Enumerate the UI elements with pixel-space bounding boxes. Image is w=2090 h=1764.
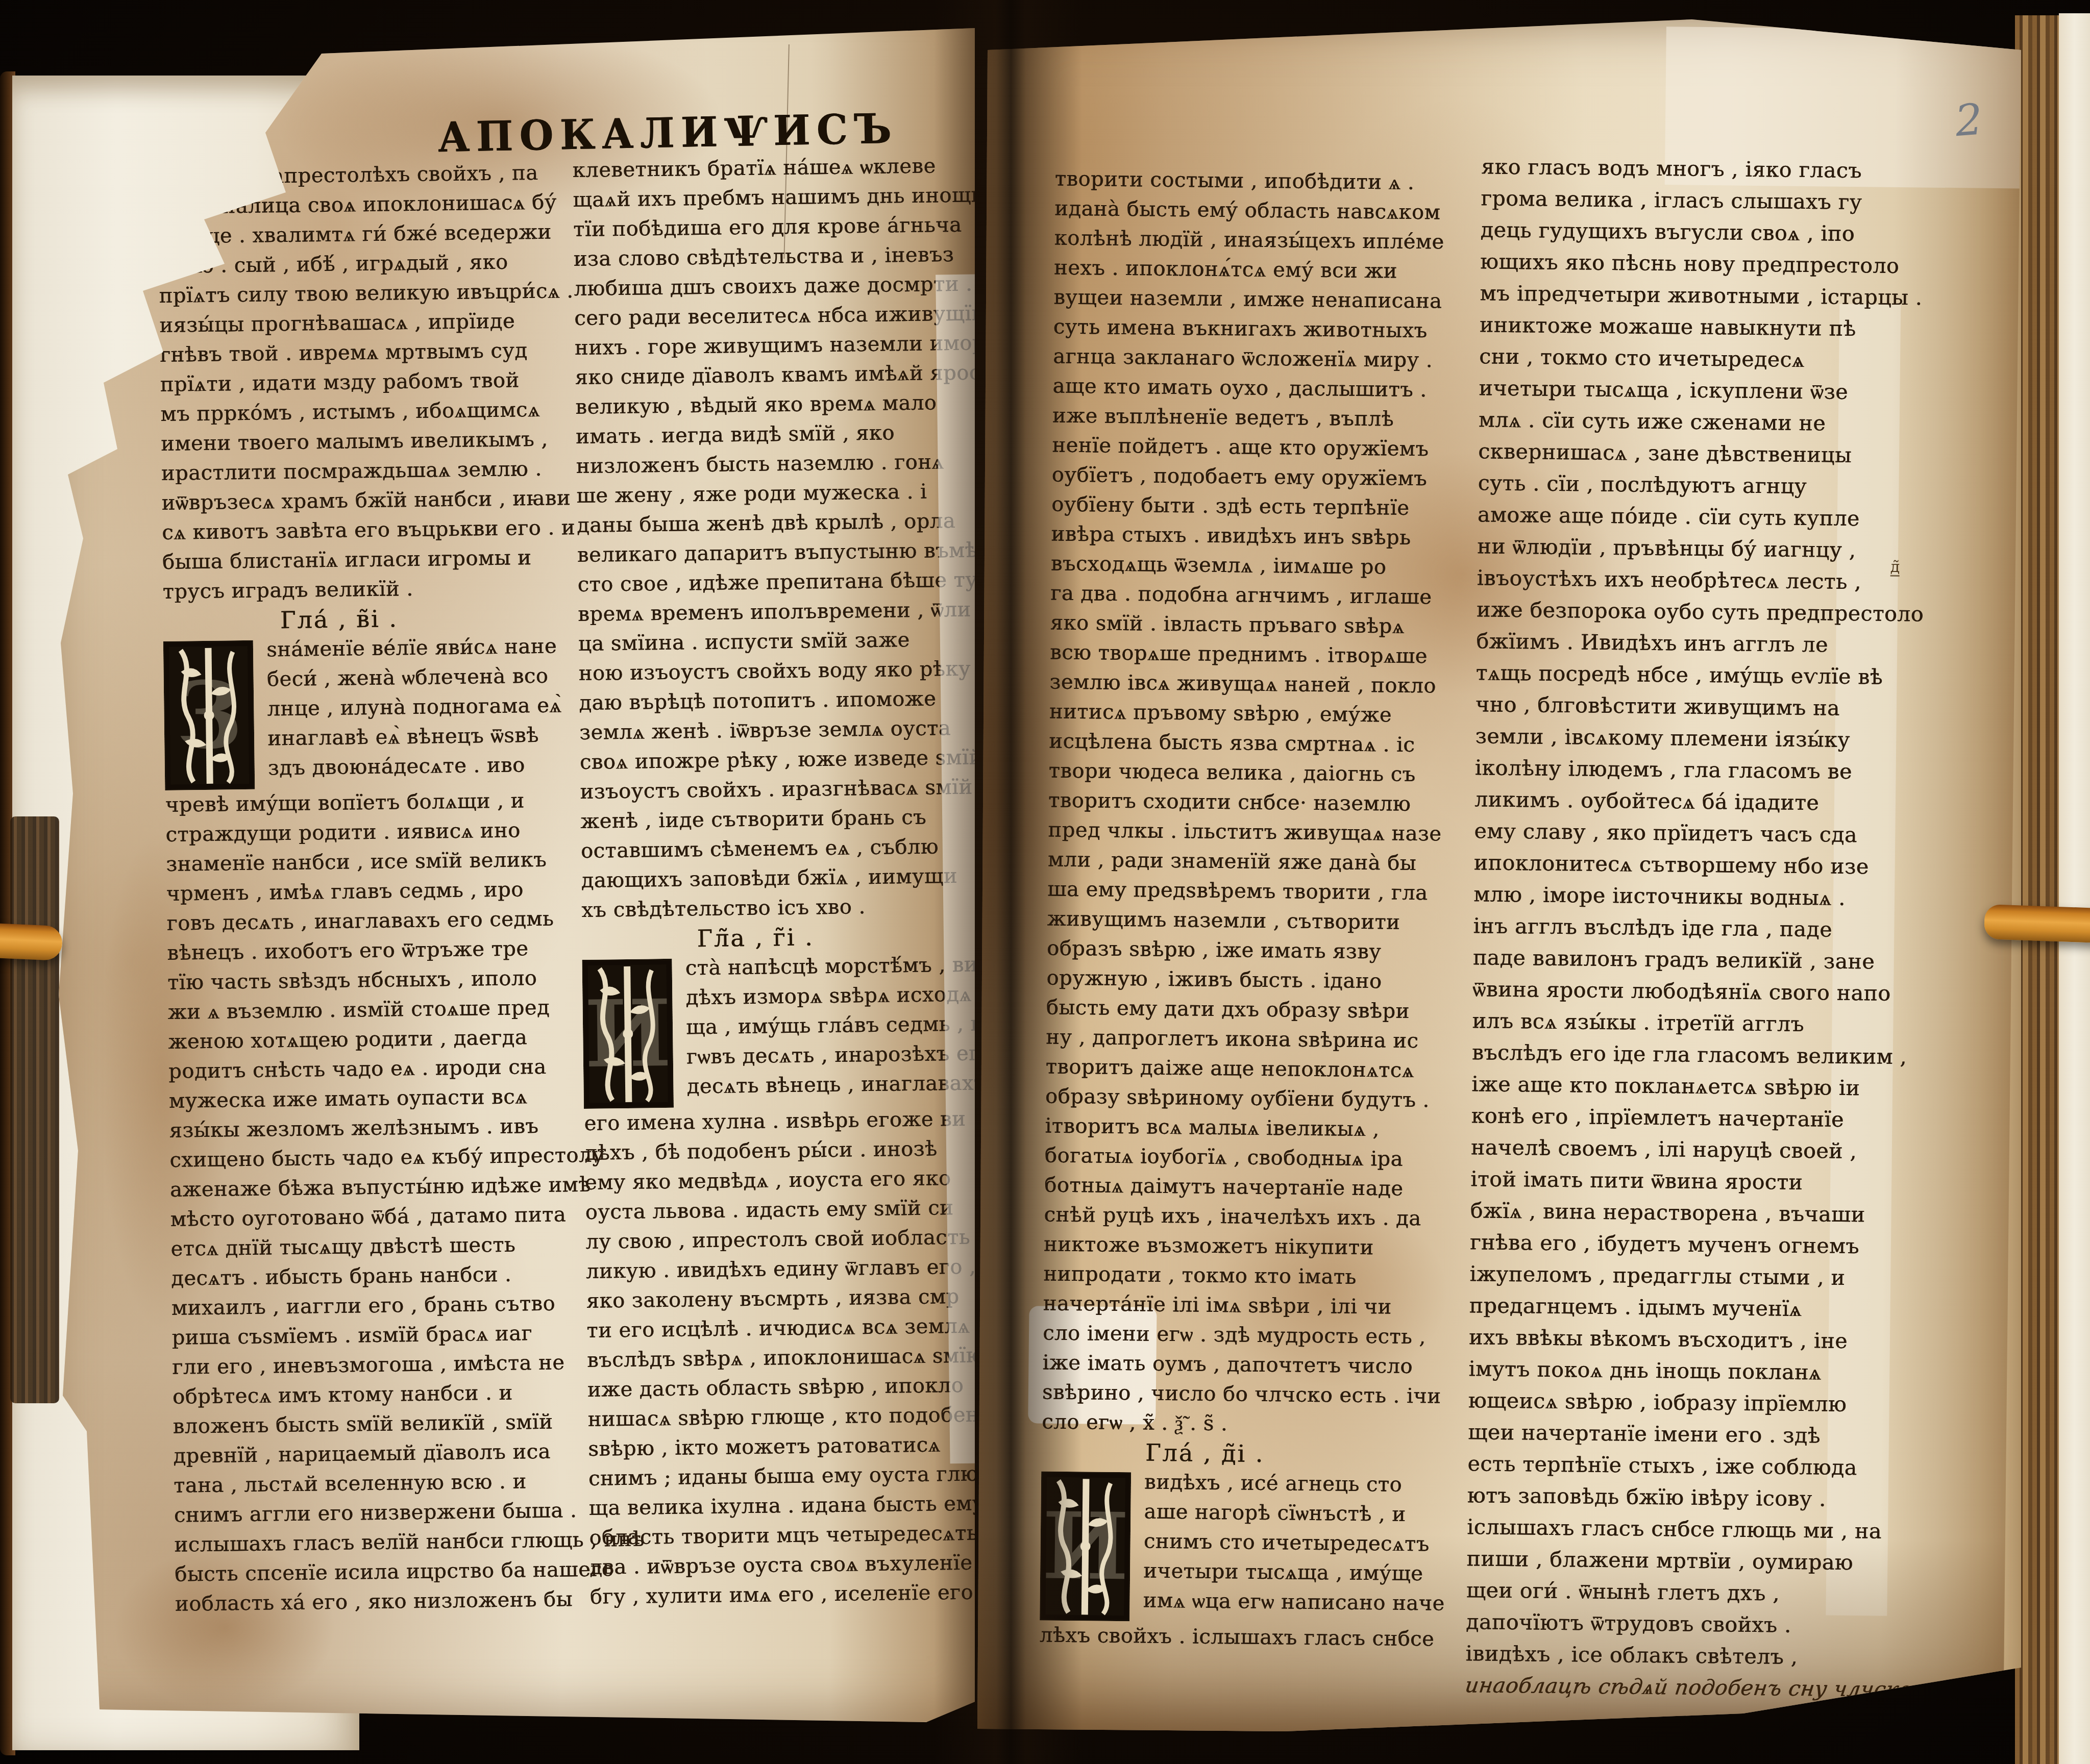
text-line: изъоустъ свойхъ . иразгнѣвасѧ ѕмїй о xyxy=(580,772,989,807)
chapter-heading: Гла́ , д̃і . xyxy=(1041,1436,1430,1470)
text-line: ликимъ . оубойтесѧ ба́ ідадите xyxy=(1474,783,1899,819)
manuscript-photo: АПОКАЛИѰИСЪ сѣдѧщаѧ напрестолѣхъ свойхъ … xyxy=(0,0,2090,1764)
text-line: иязы́цы прогнѣвашасѧ , ипрїиде xyxy=(159,306,573,340)
ornate-initial-icon: И xyxy=(582,959,674,1109)
text-line: исцѣлена бысть язва смртнаѧ . іс xyxy=(1049,727,1437,760)
text-line: гѡвъ десѧть , инарозѣхъ его xyxy=(686,1038,1011,1072)
text-line: идана̀ бысть ему́ область навсѧком xyxy=(1054,194,1443,228)
text-line: въслѣдъ его іде гла гласомъ великим , xyxy=(1472,1036,1896,1073)
text-line: ирастлити посмраждьшаѧ землю . xyxy=(161,454,575,488)
text-line: паде вавилонъ градъ великїй , зане xyxy=(1472,941,1897,978)
text-line: родитъ снѣсть чадо еѧ . ироди сна xyxy=(168,1052,582,1086)
text-line: быша блистанїѧ игласи игромы и xyxy=(162,542,576,577)
text-line: іслышахъ гласъ снбсе глющь ми , на xyxy=(1467,1511,1891,1547)
text-line: ислышахъ гласъ велїй нанбси глющь , ннѣ xyxy=(174,1525,588,1560)
text-line: мужеска иже имать оупасти всѧ xyxy=(168,1081,582,1116)
text-line: въслѣдъ ѕвѣрѧ , ипоклонишасѧ ѕмїю , xyxy=(587,1340,996,1375)
text-line: ша ему предѕвѣремъ творити , гла xyxy=(1047,875,1436,908)
text-line: прїѧти , идати мзду рабомъ твой xyxy=(160,365,574,400)
chapter-heading: Гла́ , в̃і . xyxy=(163,602,577,636)
text-line: ему яко медвѣдѧ , иоуста его яко xyxy=(584,1163,993,1198)
text-line: дѣхъ изморѧ ѕвѣрѧ исходѧ xyxy=(685,979,1010,1013)
text-line: щеи начертанїе імени его . здѣ xyxy=(1468,1416,1892,1452)
text-line: его имена хулна . иѕвѣрь егоже ви xyxy=(584,1104,993,1138)
text-line: ти его исцѣлѣ . ичюдисѧ всѧ землѧ xyxy=(586,1311,995,1346)
text-line: яко заколену въсмрть , иязва смр xyxy=(586,1281,995,1316)
text-line: мѣсто оуготовано ѿба́ , датамо пита xyxy=(170,1200,584,1234)
text-line: чревѣ иму́щи вопїетъ болѧщи , и xyxy=(165,785,579,820)
text-line: иза слово свѣдѣтельства и , іневъз xyxy=(573,239,982,274)
initial-letter: И xyxy=(582,959,674,1109)
text-line: дапочїютъ ѿтрудовъ свойхъ . xyxy=(1466,1606,1890,1642)
text-line: мъ пррко́мъ , истымъ , ибоѧщимсѧ xyxy=(160,394,574,429)
text-line: іже аще кто покланѧетсѧ ѕвѣрю іи xyxy=(1471,1068,1896,1104)
text-line: нихъ . горе живущимъ наземли иморю , xyxy=(574,328,983,363)
text-line: нипродати , токмо кто імать xyxy=(1043,1259,1432,1293)
text-line: ивѣра стыхъ . ивидѣхъ инъ ѕвѣрь xyxy=(1051,519,1439,553)
text-line: ющихъ яко пѣснь нову предпрестоло xyxy=(1480,245,1904,282)
chapter-opening-row: Ивидѣхъ , исе́ агнець стоаше нагорѣ сїѡн… xyxy=(1040,1466,1429,1624)
text-line: гнѣва его , ібудетъ мученъ огнемъ xyxy=(1470,1226,1894,1262)
fore-edge-paper-strip xyxy=(2059,13,2090,1764)
text-line: никтоже възможетъ нікупити xyxy=(1044,1229,1432,1263)
text-line: бысть спсенїе исила ицрство ба нашего xyxy=(175,1555,588,1589)
text-line: ипоклонитесѧ сътворшему нбо изе xyxy=(1473,847,1898,883)
initial-letter: И xyxy=(1040,1471,1131,1621)
text-line: схищено бысть чадо еѧ къбу́ ипрестолу xyxy=(169,1140,583,1175)
text-line: нехъ . ипоклонѧ́тсѧ ему́ вси жи xyxy=(1054,253,1442,287)
text-line: бжїѧ , вина нерастворена , въчаши xyxy=(1470,1195,1894,1231)
text-line: яко гласъ водъ многъ , іяко гласъ xyxy=(1481,151,1905,187)
chapter-heading: Гл̃а , г̃і . xyxy=(582,920,991,955)
text-line: мъ іпредчетыри животными , істарцы . xyxy=(1480,277,1904,313)
text-line: беси́ , жена̀ ѡблечена̀ всо xyxy=(266,661,577,694)
right-page-column-2: яко гласъ водъ многъ , іяко гласъгрома в… xyxy=(1465,151,1905,1705)
text-line: ему славу , яко прїидетъ часъ сда xyxy=(1474,815,1898,851)
initial-letter: З xyxy=(163,640,255,790)
text-line: всю творѧше преднимъ . ітворѧше xyxy=(1050,638,1438,672)
text-line: жи ѧ въземлю . иѕмїй стоѧше пред xyxy=(167,992,581,1027)
text-line: яко ѕмїй . івласть пръваго ѕвѣрѧ xyxy=(1050,608,1438,642)
text-line: лу свою , ипрестолъ свой иобласть ве xyxy=(585,1222,994,1257)
text-line: землю івсѧ живущаѧ наней , покло xyxy=(1049,667,1438,701)
text-line: иже въплѣненїе ведетъ , въплѣ xyxy=(1052,401,1441,435)
text-line: десѧтъ . ибысть брань нанбси . xyxy=(171,1259,585,1294)
ornate-initial-icon: И xyxy=(1040,1471,1131,1621)
text-line: тана , льстѧй вселенную всю . и xyxy=(174,1466,587,1501)
text-line: снимъ сто ичетыредесѧтъ xyxy=(1143,1527,1445,1559)
text-line: ітворитъ всѧ малыѧ івеликыѧ , xyxy=(1045,1111,1433,1145)
text-line: тѧщь посредѣ нбсе , иму́щь еѵлїе вѣ xyxy=(1476,657,1900,693)
text-line: творитъ даіже аще непоклонѧтсѧ xyxy=(1045,1052,1434,1086)
text-line: имени твоего малымъ ивеликымъ , xyxy=(161,424,575,459)
text-line: щаѧй ихъ пребмъ нашимъ днь инощь . xyxy=(573,180,981,215)
text-line: ща , иму́щь гла́въ седмь , иро xyxy=(686,1009,1011,1042)
page-number: 2 xyxy=(1953,94,1984,146)
text-line: десѧть вѣнець , инаглавахъ xyxy=(686,1068,1011,1102)
text-line: ющеисѧ ѕвѣрю , іобразу іпрїемлю xyxy=(1468,1384,1892,1421)
text-line: ѕвѣрино , число бо члчско есть . ічи xyxy=(1042,1377,1431,1411)
text-line: сни , токмо сто ичетыредесѧ xyxy=(1479,340,1903,377)
initial-indented-lines: ста̀ напѣсцѣ морстѣ́мъ , видѣхъ изморѧ ѕ… xyxy=(685,950,1011,1102)
text-line: оубїену быти . здѣ есть терпѣнїе xyxy=(1051,490,1440,524)
text-line: дець гудущихъ въгусли своѧ , іпо xyxy=(1480,214,1904,250)
text-line: ѕна́менїе ве́лїе яви́сѧ нане xyxy=(266,631,577,664)
text-line: грома велика , ігласъ слышахъ гу xyxy=(1481,182,1905,218)
text-line: імутъ покоѧ днь інощь покланѧ xyxy=(1468,1353,1892,1389)
text-line: аще кто имать оухо , даслышитъ . xyxy=(1052,371,1441,405)
text-line: два . иѿвръзе оуста своѧ въхуленїе к xyxy=(589,1548,998,1582)
text-line: оуста львова . идасть ему ѕмїй си xyxy=(585,1192,994,1227)
text-line: своѧ ипожре рѣку , юже изведе ѕмїй xyxy=(579,742,988,777)
text-line: млѧ . сїи суть иже сженами не xyxy=(1479,404,1903,440)
text-line: имать . иегда видѣ ѕмїй , яко xyxy=(576,417,985,452)
text-line: пиши , блажени мртвїи , оумираю xyxy=(1466,1543,1890,1579)
left-page-column-1: сѣдѧщаѧ напрестолѣхъ свойхъ , падоша нал… xyxy=(157,158,588,1619)
text-line: иобласть ха́ его , яко низложенъ бы xyxy=(175,1584,588,1619)
text-line: мли , ради знаменїй яже дана̀ бы xyxy=(1047,845,1436,879)
text-line: нишасѧ ѕвѣрю глюще , кто подобенъ xyxy=(587,1400,996,1434)
text-line: аше нагорѣ сїѡнъстѣ , и xyxy=(1144,1497,1446,1530)
text-line: чрменъ , имѣѧ главъ седмь , иро xyxy=(166,874,580,909)
text-line: чно , блговѣстити живущимъ на xyxy=(1476,688,1900,725)
text-line: млю , іморе іисточникы водныѧ . xyxy=(1473,878,1898,914)
text-line: образу ѕвѣриному оубїени будутъ . xyxy=(1045,1082,1434,1115)
text-line: ну , дапроглетъ икона ѕвѣрина ис xyxy=(1046,1023,1434,1056)
text-line: великую , вѣдый яко времѧ мало xyxy=(575,387,984,422)
text-line: глю́ще . хвалимтѧ ги́ бже́ вседержи xyxy=(158,217,572,252)
text-line: аможе аще по́иде . сїи суть купле xyxy=(1478,499,1902,535)
text-line: щеи оги́ . ѿнынѣ глетъ дхъ , xyxy=(1466,1574,1890,1610)
text-line: оубїетъ , подобаетъ ему оружїемъ xyxy=(1051,460,1440,494)
text-line: есть терпѣнїе стыхъ , іже соблюда xyxy=(1467,1448,1891,1484)
text-line: трусъ иградъ великїй . xyxy=(162,572,576,607)
text-line: ни ѿлюдїи , пръвѣнцы бу́ иагнцу , xyxy=(1477,530,1901,566)
text-line: здъ двоюна́десѧте . иво xyxy=(267,750,578,783)
text-line: страждущи родити . иявисѧ ино xyxy=(165,815,579,850)
text-line: ботныѧ даімутъ начертанїе наде xyxy=(1044,1170,1433,1204)
text-line: суть . сїи , послѣдуютъ агнцу xyxy=(1478,467,1902,503)
initial-indented-lines: видѣхъ , исе́ агнець стоаше нагорѣ сїѡнъ… xyxy=(1143,1468,1446,1619)
text-line: твори чюдеса велика , даіогнь съ xyxy=(1048,756,1437,790)
text-line: ихъ ввѣкы вѣкомъ въсходитъ , іне xyxy=(1469,1321,1893,1357)
text-line: клеветникъ братїѧ на́шеѧ ѡклеве xyxy=(572,151,981,185)
running-title: АПОКАЛИѰИСЪ xyxy=(437,107,755,161)
text-line: бысть ему дати дхъ образу ѕвѣри xyxy=(1046,993,1434,1027)
text-line: даю върѣцѣ потопитъ . ипоможе xyxy=(579,683,988,718)
text-line: ною изъоустъ свойхъ воду яко рѣку , xyxy=(578,654,987,688)
text-line: видѣхъ , исе́ агнець сто xyxy=(1144,1468,1446,1500)
text-line: гнѣвъ твой . ивремѧ мртвымъ суд xyxy=(160,335,574,370)
text-line: иниктоже можаше навыкнути пѣ xyxy=(1479,309,1903,345)
text-line: низложенъ бысть наземлю . гонѧ xyxy=(576,446,985,481)
text-line: суть имена въкнигахъ животныхъ xyxy=(1053,312,1441,346)
ornate-initial-icon: З xyxy=(163,640,255,790)
text-line: івидѣхъ , ісе облакъ свѣтелъ , xyxy=(1465,1637,1889,1674)
text-line: ща велика іхулна . идана бысть ему xyxy=(588,1488,997,1523)
text-line: нитисѧ пръвому ѕвѣрю , ему́же xyxy=(1049,697,1437,731)
text-line: етсѧ днїй тысѧщу двѣстѣ шесть xyxy=(170,1229,584,1264)
text-line: знаменїе нанбси , исе ѕмїй великъ xyxy=(166,844,580,879)
chapter-opening-row: Иста̀ напѣсцѣ морстѣ́мъ , видѣхъ изморѧ … xyxy=(582,950,992,1109)
left-page-column-2: клеветникъ братїѧ на́шеѧ ѡклевещаѧй ихъ … xyxy=(572,151,998,1612)
text-line: даны быша женѣ двѣ крылѣ , орла xyxy=(577,506,986,540)
text-line: богатыѧ іоубогїѧ , свободныѧ іра xyxy=(1044,1141,1433,1175)
text-line: ѿвина ярости любодѣянїѧ свого напо xyxy=(1472,973,1897,1009)
text-line: тїи побѣдиша его для крове а́гньча xyxy=(573,210,982,244)
fore-edge-page-stack xyxy=(2015,15,2063,1764)
text-line: сло імени егѡ . здѣ мудрость есть , xyxy=(1043,1318,1431,1352)
text-line: инаглавѣ еѧ̀ вѣнецъ ѿѕвѣ xyxy=(267,720,578,753)
text-line: тїю часть ѕвѣздъ нбсныхъ , иполо xyxy=(167,963,581,998)
handwritten-text-line: инаоблацѣ сѣдѧй подобенъ сну члчскому xyxy=(1463,1669,1891,1705)
left-page: АПОКАЛИѰИСЪ сѣдѧщаѧ напрестолѣхъ свойхъ … xyxy=(59,23,975,1730)
text-line: івъоустѣхъ ихъ необрѣтесѧ лесть , xyxy=(1477,562,1901,598)
chapter-opening-row: Зѕна́менїе ве́лїе яви́сѧ нанебеси́ , жен… xyxy=(163,631,579,790)
margin-note: д̃ xyxy=(1890,560,1900,577)
text-line: вущеи наземли , имже ненаписана xyxy=(1053,283,1442,316)
initial-indented-lines: ѕна́менїе ве́лїе яви́сѧ нанебеси́ , жена… xyxy=(266,631,578,783)
text-line: колѣнѣ людїй , инаязы́цехъ ипле́ме xyxy=(1054,223,1442,257)
text-line: ичетыри тысѧща , іскуплени ѿзе xyxy=(1479,372,1903,408)
text-line: ликую . ивидѣхъ едину ѿглавъ его , xyxy=(586,1252,995,1286)
text-line: іколѣну ілюдемъ , гла гласомъ ве xyxy=(1474,752,1899,788)
text-line: аженаже бѣжа въпусты́ню идѣже имѣ xyxy=(170,1170,584,1205)
text-line: оружную , іживъ бысть . ідано xyxy=(1046,963,1435,997)
text-line: риша съѕмїемъ . иѕмїй брасѧ иаг xyxy=(171,1318,585,1353)
text-line: женѣ , іиде сътворити брань съ xyxy=(580,802,989,836)
text-line: имѧ ѡца егѡ написано наче xyxy=(1143,1586,1445,1619)
text-line: хъ свѣдѣтельство ісъ хво . xyxy=(581,890,990,925)
text-line: сего ради веселитесѧ нбса иживущїи в xyxy=(574,299,983,333)
text-line: інъ агглъ въслѣдъ іде гла , паде xyxy=(1473,910,1897,946)
text-line: сто свое , идѣже препитана бѣше ту xyxy=(577,565,986,600)
text-line: илъ всѧ язы́кы . ітретїй агглъ xyxy=(1472,1005,1896,1041)
text-line: агнца закланаго ѿсложенїѧ миру . xyxy=(1053,342,1441,376)
text-line: прїѧтъ силу твою великую ивъцри́сѧ . xyxy=(159,276,573,311)
text-line: лнце , илуна̀ подногама еѧ̀ xyxy=(267,690,578,724)
text-line: вложенъ бысть ѕмїй великїй , ѕмїй xyxy=(173,1407,586,1442)
text-line: сквернишасѧ , зане дѣвственицы xyxy=(1478,435,1902,471)
text-line: лѣхъ свойхъ . іслышахъ гласъ снбсе xyxy=(1040,1620,1428,1654)
text-line: область творити мцъ четыредесѧть xyxy=(589,1518,998,1553)
right-page: 2 творити состыми , ипобѣдити ѧ .идана̀ … xyxy=(977,19,2021,1736)
text-line: древнїй , нарицаемый дїаволъ иса xyxy=(173,1436,587,1471)
text-line: снѣй руцѣ ихъ , іначелѣхъ ихъ . да xyxy=(1044,1200,1432,1233)
text-line: говъ десѧть , инаглавахъ его седмь xyxy=(166,904,580,938)
text-line: предагнцемъ . ідымъ мученїѧ xyxy=(1469,1289,1893,1326)
text-line: оставшимъ сѣменемъ еѧ , съблю xyxy=(581,831,990,866)
text-line: иже безпорока оубо суть предпрестоло xyxy=(1477,593,1901,630)
bookmark-stick-left xyxy=(0,923,63,961)
text-line: творити состыми , ипобѣдити ѧ . xyxy=(1054,164,1443,198)
text-line: живущимъ наземли , сътворити xyxy=(1047,904,1435,938)
text-line: язы́кы жезломъ желѣзнымъ . ивъ xyxy=(169,1111,583,1146)
text-line: землѧ женѣ . іѿвръзе землѧ оуста xyxy=(579,713,988,748)
sewn-gutter-band xyxy=(10,816,59,1403)
text-line: образъ ѕвѣрю , іже имать язву xyxy=(1047,934,1435,967)
text-line: гли его , иневъзмогоша , имѣста не xyxy=(172,1348,586,1382)
text-line: великаго дапаритъ въпустыню въмѣ xyxy=(577,535,986,570)
text-line: ше жену , яже роди мужеска . і xyxy=(576,476,985,511)
text-line: сѧ кивотъ завѣта его въцрькви его . и xyxy=(162,513,576,548)
text-line: въсходѧщь ѿземлѧ , іимѧше ро xyxy=(1051,549,1439,583)
text-line: времѧ временъ иполъвремени , ѿли xyxy=(578,594,987,629)
text-line: женою хотѧщею родити , даегда xyxy=(168,1022,582,1057)
text-line: иѿвръзесѧ храмъ бжїй нанбси , иꙗви xyxy=(161,483,575,518)
text-line: снимъ аггли его низвержени быша . xyxy=(174,1496,587,1530)
text-line: іже імать оумъ , дапочтетъ число xyxy=(1042,1348,1431,1381)
text-line: конѣ его , іпрїемлетъ начертанїе xyxy=(1471,1100,1895,1136)
right-page-column-1: творити состыми , ипобѣдити ѧ .идана̀ бы… xyxy=(1040,164,1443,1654)
text-line: бжїимъ . Ивидѣхъ инъ агглъ ле xyxy=(1476,625,1900,661)
text-line: га два . подобна агнчимъ , иглаше xyxy=(1050,579,1439,612)
bookmark-stick-right xyxy=(1984,904,2090,943)
text-line: сло егѡ , х̃ . ѯ̃ . ѕ̃ . xyxy=(1042,1407,1430,1440)
text-line: ітой імать пити ѿвина ярости xyxy=(1470,1163,1895,1199)
text-line: иже дасть область ѕвѣрю , ипокло xyxy=(587,1370,996,1405)
text-line: творитъ сходити снбсе· наземлю xyxy=(1048,786,1437,819)
text-line: ста̀ напѣсцѣ морстѣ́мъ , ви xyxy=(685,950,1010,983)
text-line: дающихъ заповѣди бжїѧ , иимущи xyxy=(581,861,990,896)
text-line: ѕвѣрю , ікто можетъ ратоватисѧ xyxy=(588,1429,997,1464)
text-line: ичетыри тысѧща , иму́ще xyxy=(1143,1556,1445,1589)
text-line: пред члкы . ільститъ живущаѧ назе xyxy=(1048,815,1436,849)
text-line: ютъ заповѣдь бжїю івѣру ісову . xyxy=(1467,1479,1891,1515)
text-line: бгу , хулити имѧ его , иселенїе его , xyxy=(589,1577,998,1612)
text-line: михаилъ , иаггли его , брань сътво xyxy=(171,1288,585,1323)
text-line: яко сниде дїаволъ квамъ имѣѧй ярость xyxy=(575,358,983,392)
text-line: ненїе пойдетъ . аще кто оружїемъ xyxy=(1052,431,1440,464)
text-line: снимъ ; иданы быша ему оуста глю xyxy=(588,1459,997,1494)
text-line: начелѣ своемъ , ілі наруцѣ своей , xyxy=(1471,1131,1895,1167)
text-line: начерта́нїе ілі імѧ ѕвѣри , ілі чи xyxy=(1043,1288,1431,1322)
text-line: вѣнецъ . ихоботъ его ѿтръже тре xyxy=(167,933,581,968)
text-line: дѣхъ , бѣ подобенъ ры́си . инозѣ xyxy=(584,1133,993,1168)
text-line: іжупеломъ , предагглы стыми , и xyxy=(1469,1258,1894,1294)
text-line: любиша дшъ своихъ даже досмрти . xyxy=(574,269,982,304)
text-line: обрѣтесѧ имъ ктому нанбси . и xyxy=(173,1377,586,1412)
text-line: ца ѕмїина . испусти ѕмїй заже xyxy=(578,624,987,659)
text-line: земли , івсѧкому племени іязы́ку xyxy=(1475,720,1899,756)
